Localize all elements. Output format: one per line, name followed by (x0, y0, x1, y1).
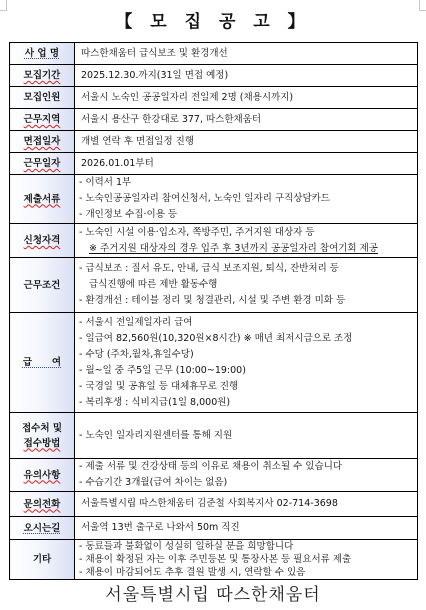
row-label: 모집인원 (10, 87, 75, 109)
table-row: 제출서류 - 이력서 1부 - 노숙인공공일자리 참여신청서, 노숙인 일자리 … (10, 175, 418, 224)
row-label: 모집기간 (10, 65, 75, 87)
organization-footer: 서울특별시립 따스한채움터 (0, 580, 426, 605)
table-row: 근무지역 서울시 용산구 한강대로 377, 따스한채움터 (10, 109, 418, 131)
row-value: - 이력서 1부 - 노숙인공공일자리 참여신청서, 노숙인 일자리 구직상담카… (75, 175, 418, 224)
row-value: 서울특별시립 따스한채움터 김준철 사회복지사 02-714-3698 (75, 492, 418, 517)
title-bracket-open: 【 (115, 12, 138, 32)
row-label: 유의사항 (10, 459, 75, 492)
row-value: 2026.01.01부터 (75, 153, 418, 175)
page-title: 【 모 집 공 고 】 (0, 7, 426, 32)
row-label: 접수처 및 접수방법 (10, 413, 75, 459)
row-value: - 급식보조 : 질서 유도, 안내, 급식 보조지원, 퇴식, 잔반처리 등 … (75, 258, 418, 313)
row-label: 제출서류 (10, 175, 75, 224)
table-row: 기타 - 동료들과 불화없이 성실히 일하실 분을 희망합니다 - 채용이 확정… (10, 540, 418, 580)
row-value: 2025.12.30.까지(31일 면접 예정) (75, 65, 418, 87)
row-value: 따스한채움터 급식보조 및 환경개선 (75, 43, 418, 65)
row-value: 서울역 13번 출구로 나와서 50m 직진 (75, 517, 418, 540)
row-label: 근무조건 (10, 258, 75, 313)
row-label: 기타 (10, 540, 75, 580)
row-label: 신청자격 (10, 224, 75, 258)
row-value: - 노숙인 일자리지원센터를 통해 지원 (75, 413, 418, 459)
table-row: 신청자격 - 노숙인 시설 이용·입소자, 쪽방주민, 주거지원 대상자 등 ※… (10, 224, 418, 258)
table-row: 문의전화 서울특별시립 따스한채움터 김준철 사회복지사 02-714-3698 (10, 492, 418, 517)
table-row: 근무조건 - 급식보조 : 질서 유도, 안내, 급식 보조지원, 퇴식, 잔반… (10, 258, 418, 313)
row-value: - 서울시 전일제일자리 급여 - 일급여 82,560원(10,320원×8시… (75, 313, 418, 413)
row-label: 급 여 (10, 313, 75, 413)
row-value: 서울시 노숙인 공공일자리 전일제 2명 (채용시까지) (75, 87, 418, 109)
recruitment-notice-table: 사 업 명 따스한채움터 급식보조 및 환경개선 모집기간 2025.12.30… (9, 42, 418, 580)
row-value: 서울시 용산구 한강대로 377, 따스한채움터 (75, 109, 418, 131)
row-value: 개별 연락 후 면접일정 진행 (75, 131, 418, 153)
row-label: 근무지역 (10, 109, 75, 131)
row-label: 문의전화 (10, 492, 75, 517)
row-value: - 제출 서류 및 건강상태 등의 이유로 채용이 취소될 수 있습니다 - 수… (75, 459, 418, 492)
row-label: 사 업 명 (10, 43, 75, 65)
title-bracket-close: 】 (288, 12, 311, 32)
table-row: 급 여 - 서울시 전일제일자리 급여 - 일급여 82,560원(10,320… (10, 313, 418, 413)
table-row: 유의사항 - 제출 서류 및 건강상태 등의 이유로 채용이 취소될 수 있습니… (10, 459, 418, 492)
row-label: 오시는길 (10, 517, 75, 540)
row-label: 면접일자 (10, 131, 75, 153)
table-row: 오시는길 서울역 13번 출구로 나와서 50m 직진 (10, 517, 418, 540)
title-text: 모 집 공 고 (150, 12, 275, 32)
table-row: 근무일자 2026.01.01부터 (10, 153, 418, 175)
table-row: 면접일자 개별 연락 후 면접일정 진행 (10, 131, 418, 153)
table-row: 모집기간 2025.12.30.까지(31일 면접 예정) (10, 65, 418, 87)
table-row: 모집인원 서울시 노숙인 공공일자리 전일제 2명 (채용시까지) (10, 87, 418, 109)
row-value: - 동료들과 불화없이 성실히 일하실 분을 희망합니다 - 채용이 확정된 자… (75, 540, 418, 580)
table-row: 사 업 명 따스한채움터 급식보조 및 환경개선 (10, 43, 418, 65)
row-value: - 노숙인 시설 이용·입소자, 쪽방주민, 주거지원 대상자 등 ※ 주거지원… (75, 224, 418, 258)
row-label: 근무일자 (10, 153, 75, 175)
table-row: 접수처 및 접수방법 - 노숙인 일자리지원센터를 통해 지원 (10, 413, 418, 459)
